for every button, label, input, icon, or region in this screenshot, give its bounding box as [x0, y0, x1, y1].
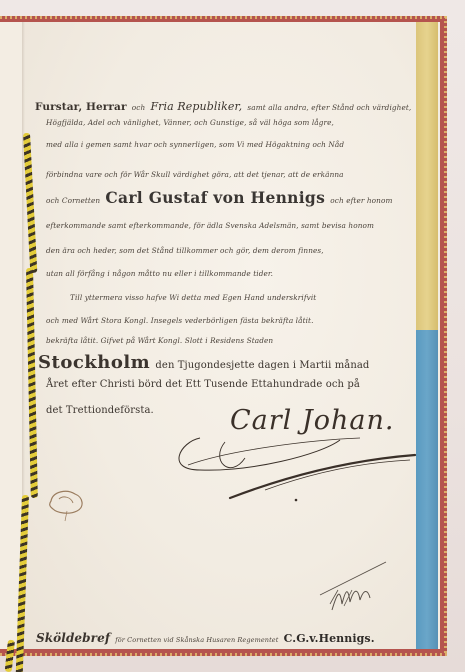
- body-line-10: och med Wårt Stora Kongl. Insegels veder…: [46, 316, 314, 326]
- body-line-4: förbindna vare och för Wår Skull värdigh…: [46, 170, 344, 180]
- body-line-3: med alla i gemen samt hvar och synnerlig…: [46, 140, 344, 150]
- countersignature: [318, 560, 388, 615]
- wax-seal-stain: [45, 485, 87, 525]
- salutation: Furstar, Herrar: [35, 101, 127, 113]
- body-line-5: och Cornetten Carl Gustaf von Hennigs oc…: [46, 188, 392, 207]
- body-line-11: bekräfta låtit. Gifvet på Wårt Kongl. Sl…: [46, 336, 273, 346]
- body-line-8: utan all förfång i någon måtto nu eller …: [46, 269, 273, 279]
- date-line-1: Stockholm den Tjugondesjette dagen i Mar…: [38, 352, 369, 373]
- footer-recipient-name: C.G.v.Hennigs.: [284, 632, 375, 645]
- body-line-1: Furstar, Herrar och Fria Republiker, sam…: [35, 95, 411, 114]
- signature-flourish: [170, 430, 420, 505]
- footer-line: Sköldebref för Cornetten vid Skånska Hus…: [36, 627, 375, 646]
- fria-republiker: Fria Republiker,: [150, 100, 242, 113]
- body-line-6: efterkommande samt efterkommande, för äd…: [46, 221, 374, 231]
- date-line-2: Året efter Christi börd det Ett Tusende …: [46, 379, 360, 390]
- body-line-7: den ära och heder, som det Stånd tillkom…: [46, 246, 324, 256]
- body-line-2: Högfjälda, Adel och vänlighet, Vänner, o…: [46, 118, 334, 128]
- body-line-9: Till yttermera visso hafve Wi detta med …: [70, 293, 316, 303]
- recipient-name: Carl Gustaf von Hennigs: [105, 188, 325, 207]
- footer-title: Sköldebref: [36, 631, 110, 645]
- gold-ribbon-stripe: [416, 22, 438, 330]
- city-name: Stockholm: [38, 352, 150, 373]
- date-line-3: det Trettiondeförsta.: [46, 405, 154, 416]
